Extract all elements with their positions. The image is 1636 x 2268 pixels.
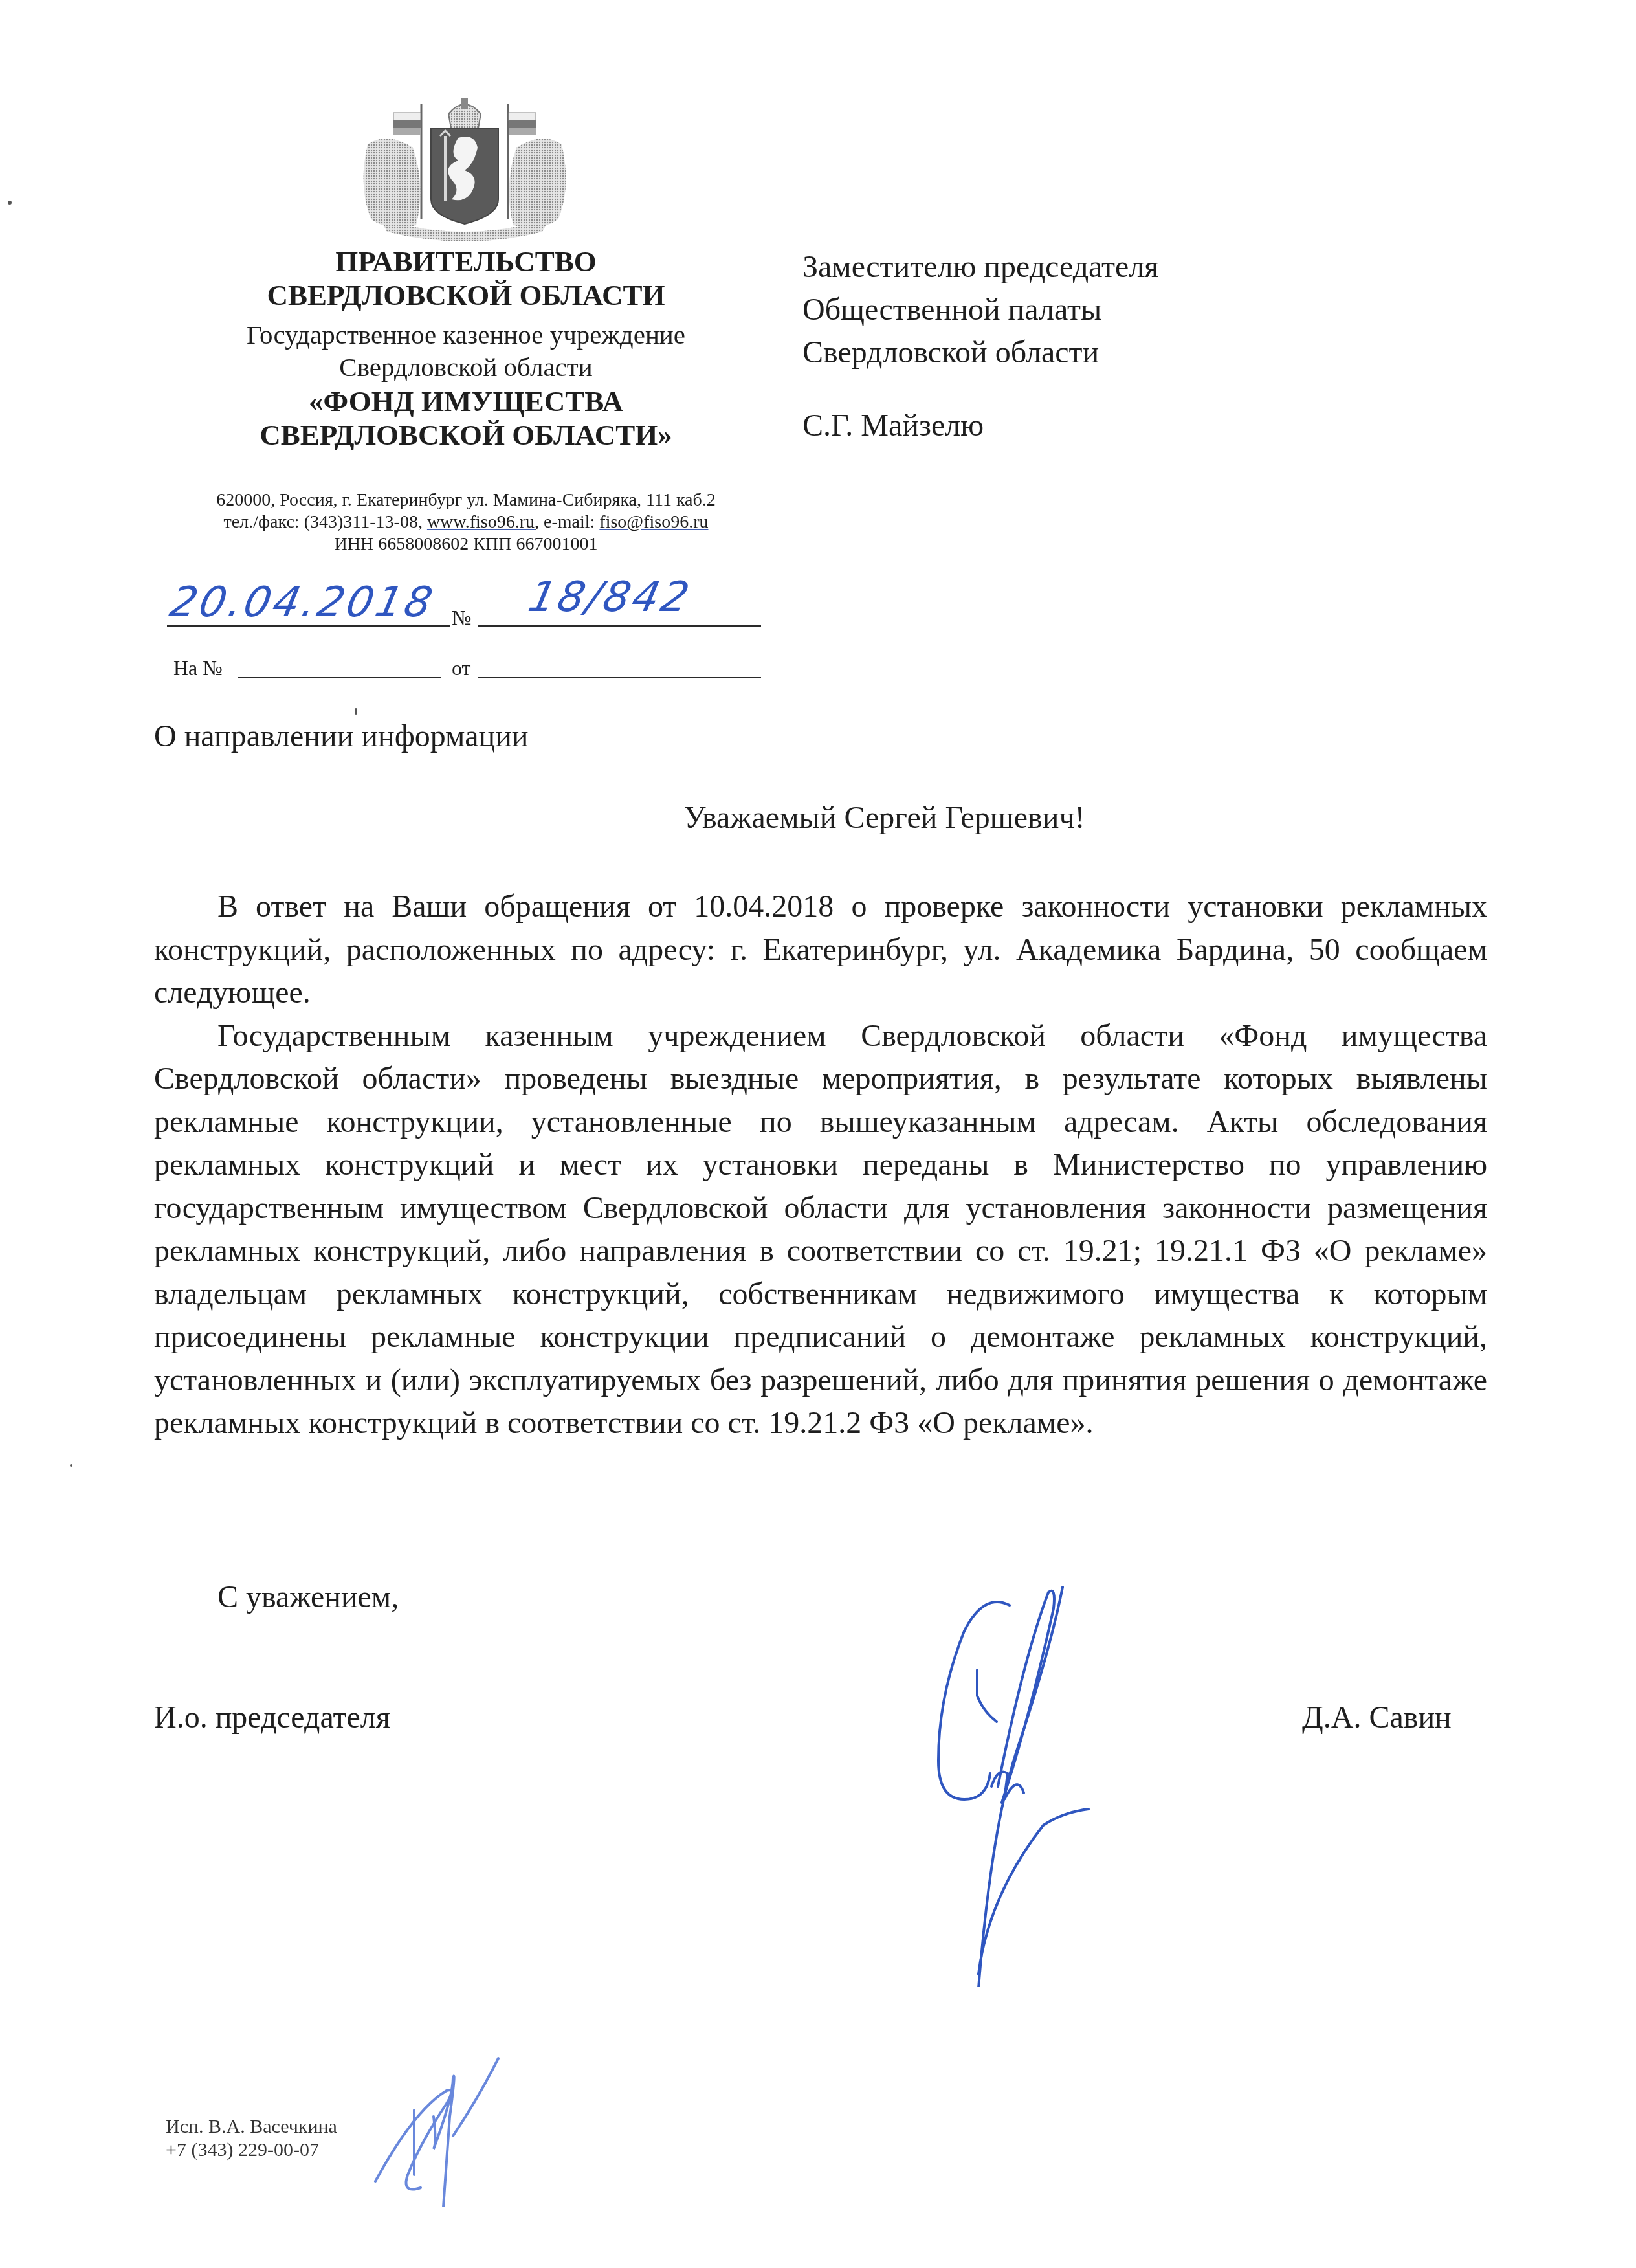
fund-line-1: «ФОНД ИМУЩЕСТВА — [155, 384, 777, 418]
fund-name: «ФОНД ИМУЩЕСТВА СВЕРДЛОВСКОЙ ОБЛАСТИ» — [155, 384, 777, 452]
contact-block: 620000, Россия, г. Екатеринбург ул. Мами… — [155, 489, 777, 555]
email-link[interactable]: fiso@fiso96.ru — [599, 512, 708, 532]
scan-speck — [70, 1464, 72, 1467]
executor-phone: +7 (343) 229-00-07 — [166, 2139, 337, 2162]
website-link[interactable]: www.fiso96.ru — [427, 512, 535, 532]
salutation: Уважаемый Сергей Гершевич! — [0, 800, 1636, 836]
postal-address: 620000, Россия, г. Екатеринбург ул. Мами… — [155, 489, 777, 511]
executor-block: Исп. В.А. Васечкина +7 (343) 229-00-07 — [166, 2115, 337, 2162]
closing-regards: С уважением, — [217, 1579, 399, 1615]
reply-to-field — [238, 677, 441, 678]
addressee-name: С.Г. Майзелю — [802, 408, 984, 443]
addressee-line-3: Свердловской области — [802, 331, 1158, 374]
body-paragraph-2: Государственным казенным учреждением Све… — [154, 1015, 1487, 1445]
government-line-2: СВЕРДЛОВСКОЙ ОБЛАСТИ — [155, 278, 777, 312]
number-handwritten: 18/842 — [524, 573, 696, 621]
institution-line-1: Государственное казенное учреждение — [155, 318, 777, 351]
letter-body: В ответ на Ваши обращения от 10.04.2018 … — [154, 885, 1487, 1445]
number-underline — [478, 625, 761, 627]
reply-reference-line: На № от — [167, 651, 762, 690]
signer-name: Д.А. Савин — [1302, 1700, 1452, 1735]
phone-fax: тел./факс: (343)311-13-08, — [224, 512, 427, 532]
reply-to-label: На № — [173, 656, 223, 680]
signer-position: И.о. председателя — [154, 1700, 390, 1735]
addressee-line-1: Заместителю председателя — [802, 246, 1158, 289]
from-label: от — [452, 656, 471, 680]
from-field — [478, 677, 761, 678]
fund-line-2: СВЕРДЛОВСКОЙ ОБЛАСТИ» — [155, 418, 777, 452]
date-handwritten: 20.04.2018 — [166, 579, 439, 627]
body-paragraph-1: В ответ на Ваши обращения от 10.04.2018 … — [154, 885, 1487, 1015]
executor-name: Исп. В.А. Васечкина — [166, 2115, 337, 2139]
government-line-1: ПРАВИТЕЛЬСТВО — [155, 245, 777, 278]
scan-speck — [355, 708, 357, 715]
institution-line-2: Свердловской области — [155, 351, 777, 383]
letter-subject: О направлении информации — [154, 718, 529, 754]
email-label: , e-mail: — [535, 512, 599, 532]
initials-signature-icon — [369, 2052, 511, 2207]
tax-ids: ИНН 6658008602 КПП 667001001 — [155, 533, 777, 555]
registration-line: 20.04.2018 № 18/842 — [167, 583, 762, 641]
phone-web-email: тел./факс: (343)311-13-08, www.fiso96.ru… — [155, 511, 777, 533]
addressee-line-2: Общественной палаты — [802, 289, 1158, 331]
number-label: № — [452, 606, 472, 630]
coat-of-arms-icon — [355, 89, 575, 245]
signature-icon — [919, 1573, 1113, 1987]
government-title: ПРАВИТЕЛЬСТВО СВЕРДЛОВСКОЙ ОБЛАСТИ — [155, 245, 777, 312]
institution-type: Государственное казенное учреждение Свер… — [155, 318, 777, 383]
addressee-block: Заместителю председателя Общественной па… — [802, 246, 1158, 374]
scan-speck — [8, 201, 12, 205]
